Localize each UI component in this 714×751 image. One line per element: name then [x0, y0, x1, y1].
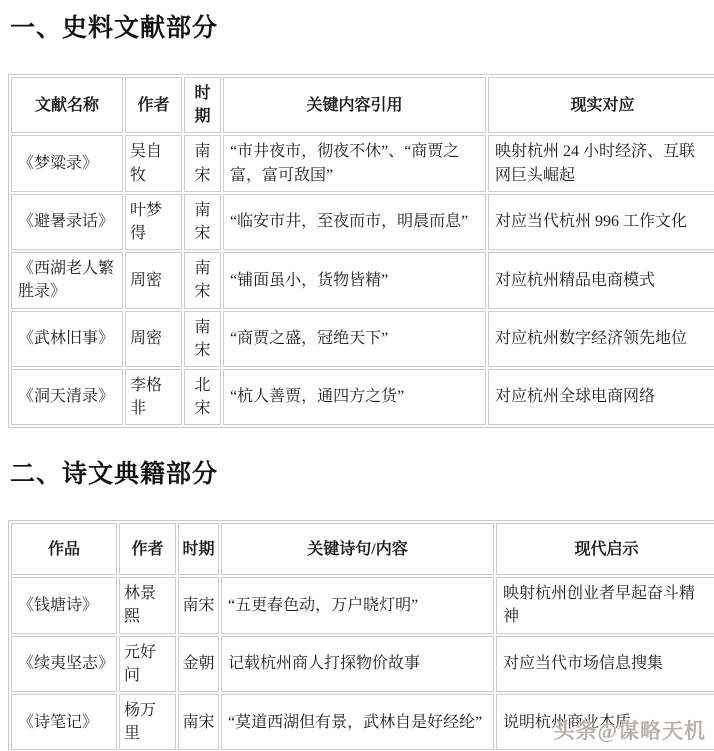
cell-key-verse: “五更春色动，万户晓灯明” — [221, 577, 494, 633]
cell-period: 南宋 — [178, 577, 219, 633]
column-header-period: 时期 — [184, 77, 221, 133]
table-row: 《诗笔记》 杨万里 南宋 “莫道西湖但有景，武林自是好经纶” 说明杭州商业本质 — [11, 694, 714, 750]
cell-work: 《钱塘诗》 — [11, 577, 117, 633]
cell-modern-correspondence: 映射杭州 24 小时经济、互联网巨头崛起 — [488, 135, 714, 191]
cell-key-quote: “铺面虽小，货物皆精” — [223, 252, 486, 308]
cell-key-quote: “临安市井，至夜而市，明晨而息” — [223, 194, 486, 250]
cell-author: 周密 — [125, 311, 182, 367]
cell-author: 李格非 — [125, 369, 182, 425]
document-page: { "sections": [ { "heading": "一、史料文献部分",… — [0, 0, 714, 751]
table-row: 《续夷坚志》 元好问 金朝 记载杭州商人打探物价故事 对应当代市场信息搜集 — [11, 636, 714, 692]
table-row: 《避暑录话》 叶梦得 南宋 “临安市井，至夜而市，明晨而息” 对应当代杭州 99… — [11, 194, 714, 250]
cell-author: 杨万里 — [119, 694, 176, 750]
column-header-key-quote: 关键内容引用 — [223, 77, 486, 133]
poetry-classics-table: 作品 作者 时期 关键诗句/内容 现代启示 《钱塘诗》 林景熙 南宋 “五更春色… — [8, 520, 714, 751]
cell-document-name: 《洞天清录》 — [11, 369, 123, 425]
table-header-row: 作品 作者 时期 关键诗句/内容 现代启示 — [11, 523, 714, 575]
cell-modern-insight: 说明杭州商业本质 — [496, 694, 714, 750]
cell-period: 南宋 — [184, 252, 221, 308]
cell-modern-insight: 映射杭州创业者早起奋斗精神 — [496, 577, 714, 633]
cell-period: 金朝 — [178, 636, 219, 692]
cell-document-name: 《梦粱录》 — [11, 135, 123, 191]
cell-author: 叶梦得 — [125, 194, 182, 250]
cell-author: 吴自牧 — [125, 135, 182, 191]
cell-modern-insight: 对应当代市场信息搜集 — [496, 636, 714, 692]
cell-modern-correspondence: 对应杭州全球电商网络 — [488, 369, 714, 425]
cell-author: 林景熙 — [119, 577, 176, 633]
cell-key-verse: “莫道西湖但有景，武林自是好经纶” — [221, 694, 494, 750]
cell-period: 南宋 — [184, 311, 221, 367]
cell-modern-correspondence: 对应当代杭州 996 工作文化 — [488, 194, 714, 250]
cell-document-name: 《避暑录话》 — [11, 194, 123, 250]
cell-period: 北宋 — [184, 369, 221, 425]
cell-author: 周密 — [125, 252, 182, 308]
table-row: 《钱塘诗》 林景熙 南宋 “五更春色动，万户晓灯明” 映射杭州创业者早起奋斗精神 — [11, 577, 714, 633]
cell-key-quote: “杭人善贾，通四方之货” — [223, 369, 486, 425]
cell-author: 元好问 — [119, 636, 176, 692]
cell-modern-correspondence: 对应杭州精品电商模式 — [488, 252, 714, 308]
cell-key-quote: “市井夜市，彻夜不休”、“商贾之富，富可敌国” — [223, 135, 486, 191]
table-header-row: 文献名称 作者 时期 关键内容引用 现实对应 — [11, 77, 714, 133]
section-heading-historical-documents: 一、史料文献部分 — [10, 8, 706, 44]
historical-documents-table: 文献名称 作者 时期 关键内容引用 现实对应 《梦粱录》 吴自牧 南宋 “市井夜… — [8, 74, 714, 428]
column-header-work: 作品 — [11, 523, 117, 575]
column-header-author: 作者 — [125, 77, 182, 133]
cell-key-verse: 记载杭州商人打探物价故事 — [221, 636, 494, 692]
table-row: 《武林旧事》 周密 南宋 “商贾之盛，冠绝天下” 对应杭州数字经济领先地位 — [11, 311, 714, 367]
cell-period: 南宋 — [178, 694, 219, 750]
cell-period: 南宋 — [184, 194, 221, 250]
column-header-document-name: 文献名称 — [11, 77, 123, 133]
column-header-period: 时期 — [178, 523, 219, 575]
table-row: 《洞天清录》 李格非 北宋 “杭人善贾，通四方之货” 对应杭州全球电商网络 — [11, 369, 714, 425]
table-row: 《梦粱录》 吴自牧 南宋 “市井夜市，彻夜不休”、“商贾之富，富可敌国” 映射杭… — [11, 135, 714, 191]
cell-modern-correspondence: 对应杭州数字经济领先地位 — [488, 311, 714, 367]
table-row: 《西湖老人繁胜录》 周密 南宋 “铺面虽小，货物皆精” 对应杭州精品电商模式 — [11, 252, 714, 308]
column-header-author: 作者 — [119, 523, 176, 575]
section-heading-poetry-classics: 二、诗文典籍部分 — [10, 454, 706, 490]
cell-work: 《诗笔记》 — [11, 694, 117, 750]
cell-document-name: 《武林旧事》 — [11, 311, 123, 367]
column-header-modern-insight: 现代启示 — [496, 523, 714, 575]
cell-period: 南宋 — [184, 135, 221, 191]
column-header-key-verse: 关键诗句/内容 — [221, 523, 494, 575]
column-header-modern-correspondence: 现实对应 — [488, 77, 714, 133]
cell-work: 《续夷坚志》 — [11, 636, 117, 692]
cell-key-quote: “商贾之盛，冠绝天下” — [223, 311, 486, 367]
cell-document-name: 《西湖老人繁胜录》 — [11, 252, 123, 308]
